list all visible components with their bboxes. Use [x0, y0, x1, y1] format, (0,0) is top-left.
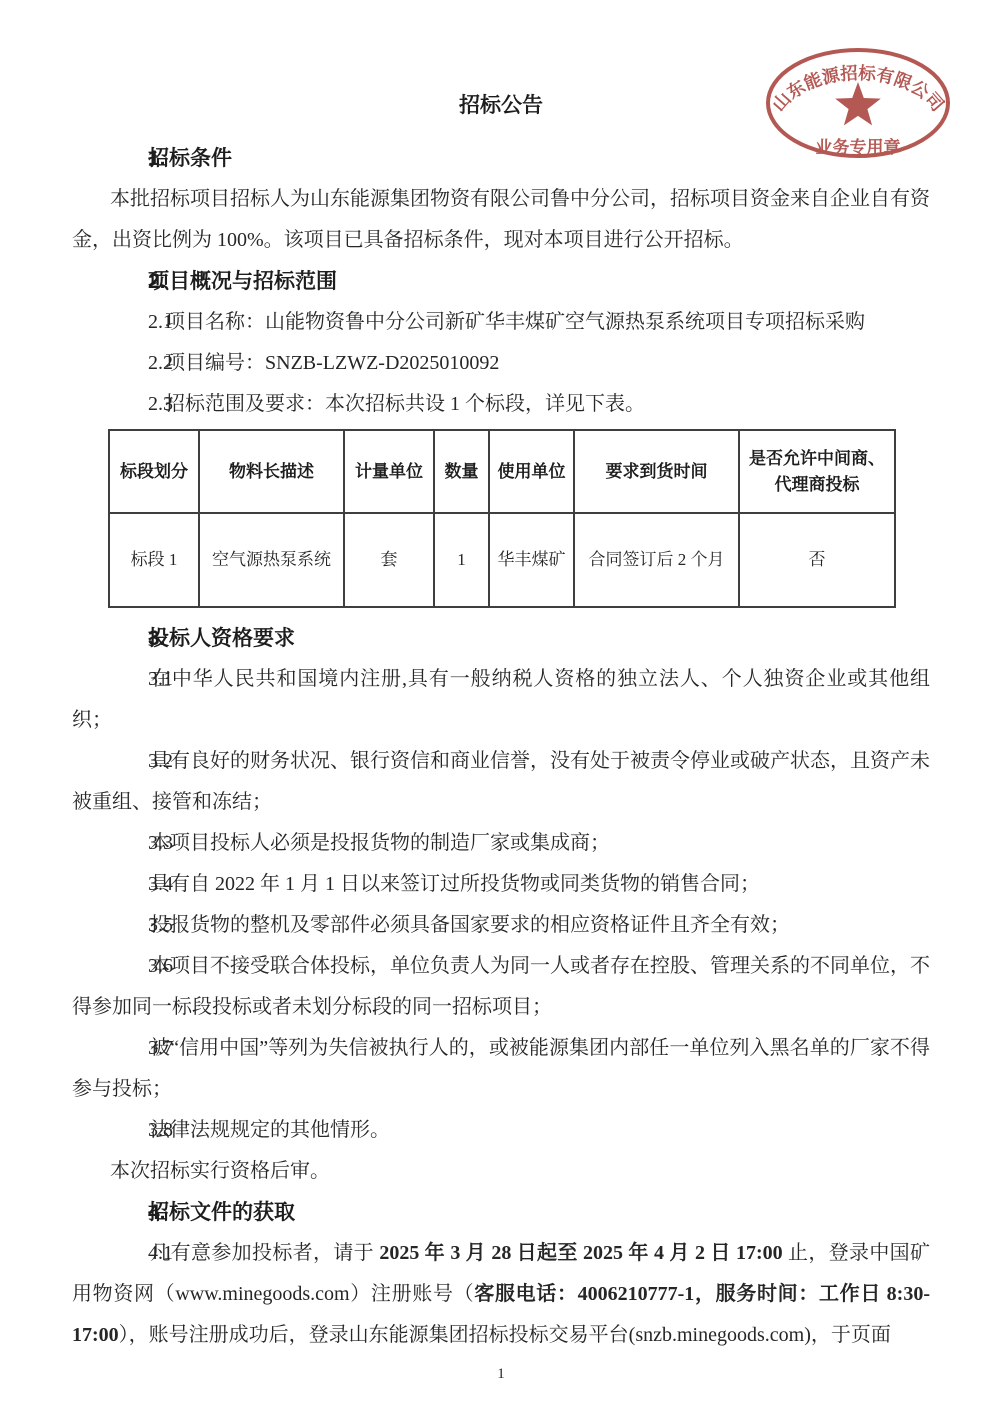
text-segment: ），账号注册成功后，登录山东能源集团招标投标交易平台(snzb.minegood… — [119, 1324, 891, 1346]
item-2-2-number: 2.2 — [110, 343, 165, 384]
document-page: 山东能源招标有限公司 业务专用章 招标公告 1.招标条件 本批招标项目招标人为山… — [0, 0, 999, 1411]
col-header-qty: 数量 — [434, 430, 489, 513]
item-4-1-text: 凡有意参加投标者，请于 2025 年 3 月 28 日起至 2025 年 4 月… — [72, 1242, 930, 1346]
item-3-1: 3.1在中华人民共和国境内注册,具有一般纳税人资格的独立法人、个人独资企业或其他… — [72, 659, 930, 741]
cell-delivery: 合同签订后 2 个月 — [574, 513, 739, 607]
text-segment: 凡有意参加投标者，请于 — [150, 1242, 379, 1264]
item-2-1: 2.1项目名称：山能物资鲁中分公司新矿华丰煤矿空气源热泵系统项目专项招标采购 — [72, 302, 930, 343]
item-3-4: 3.4具有自 2022 年 1 月 1 日以来签订过所投货物或同类货物的销售合同… — [72, 864, 930, 905]
item-3-2: 3.2具有良好的财务状况、银行资信和商业信誉，没有处于被责令停业或破产状态，且资… — [72, 741, 930, 823]
section-3-heading: 3.投标人资格要求 — [72, 618, 930, 659]
cell-lot: 标段 1 — [109, 513, 199, 607]
section-1-heading: 1.招标条件 — [72, 138, 930, 179]
item-3-5: 3.5投报货物的整机及零部件必须具备国家要求的相应资格证件且齐全有效； — [72, 905, 930, 946]
table-row: 标段 1 空气源热泵系统 套 1 华丰煤矿 合同签订后 2 个月 否 — [109, 513, 895, 607]
item-2-3-number: 2.3 — [110, 384, 165, 425]
item-3-1-number: 3.1 — [110, 659, 150, 700]
item-3-2-number: 3.2 — [110, 741, 150, 782]
item-4-1-number: 4.1 — [110, 1233, 150, 1274]
col-header-delivery: 要求到货时间 — [574, 430, 739, 513]
item-2-1-number: 2.1 — [110, 302, 165, 343]
item-3-8-number: 3.8 — [110, 1110, 150, 1151]
cell-middleman: 否 — [739, 513, 895, 607]
tender-lot-table: 标段划分 物料长描述 计量单位 数量 使用单位 要求到货时间 是否允许中间商、代… — [108, 429, 896, 608]
section-1-paragraph: 本批招标项目招标人为山东能源集团物资有限公司鲁中分公司，招标项目资金来自企业自有… — [72, 179, 930, 261]
item-3-6: 3.6本项目不接受联合体投标，单位负责人为同一人或者存在控股、管理关系的不同单位… — [72, 946, 930, 1028]
cell-material: 空气源热泵系统 — [199, 513, 344, 607]
cell-user: 华丰煤矿 — [489, 513, 574, 607]
item-2-3: 2.3招标范围及要求：本次招标共设 1 个标段，详见下表。 — [72, 384, 930, 425]
col-header-middleman: 是否允许中间商、代理商投标 — [739, 430, 895, 513]
item-3-8: 3.8法律法规规定的其他情形。 — [72, 1110, 930, 1151]
item-3-3-number: 3.3 — [110, 823, 150, 864]
page-title: 招标公告 — [72, 92, 930, 120]
section-4-heading: 4.招标文件的获取 — [72, 1192, 930, 1233]
item-3-5-number: 3.5 — [110, 905, 150, 946]
section-3-number: 3. — [110, 618, 148, 659]
cell-qty: 1 — [434, 513, 489, 607]
section-2-heading: 2.项目概况与招标范围 — [72, 261, 930, 302]
item-3-7: 3.7被“信用中国”等列为失信被执行人的，或被能源集团内部任一单位列入黑名单的厂… — [72, 1028, 930, 1110]
section-2-number: 2. — [110, 261, 148, 302]
col-header-unit: 计量单位 — [344, 430, 434, 513]
section-4-number: 4. — [110, 1192, 148, 1233]
col-header-user: 使用单位 — [489, 430, 574, 513]
cell-unit: 套 — [344, 513, 434, 607]
item-2-2: 2.2项目编号：SNZB-LZWZ-D2025010092 — [72, 343, 930, 384]
section-1-number: 1. — [110, 138, 148, 179]
col-header-lot: 标段划分 — [109, 430, 199, 513]
qualification-note: 本次招标实行资格后审。 — [72, 1151, 930, 1192]
table-header-row: 标段划分 物料长描述 计量单位 数量 使用单位 要求到货时间 是否允许中间商、代… — [109, 430, 895, 513]
col-header-material: 物料长描述 — [199, 430, 344, 513]
item-3-4-number: 3.4 — [110, 864, 150, 905]
page-number: 1 — [72, 1364, 930, 1384]
item-4-1: 4.1凡有意参加投标者，请于 2025 年 3 月 28 日起至 2025 年 … — [72, 1233, 930, 1356]
item-3-3: 3.3本项目投标人必须是投报货物的制造厂家或集成商； — [72, 823, 930, 864]
item-3-6-number: 3.6 — [110, 946, 150, 987]
text-segment: 2025 年 3 月 28 日起至 2025 年 4 月 2 日 17:00 — [379, 1242, 782, 1264]
item-3-7-number: 3.7 — [110, 1028, 150, 1069]
